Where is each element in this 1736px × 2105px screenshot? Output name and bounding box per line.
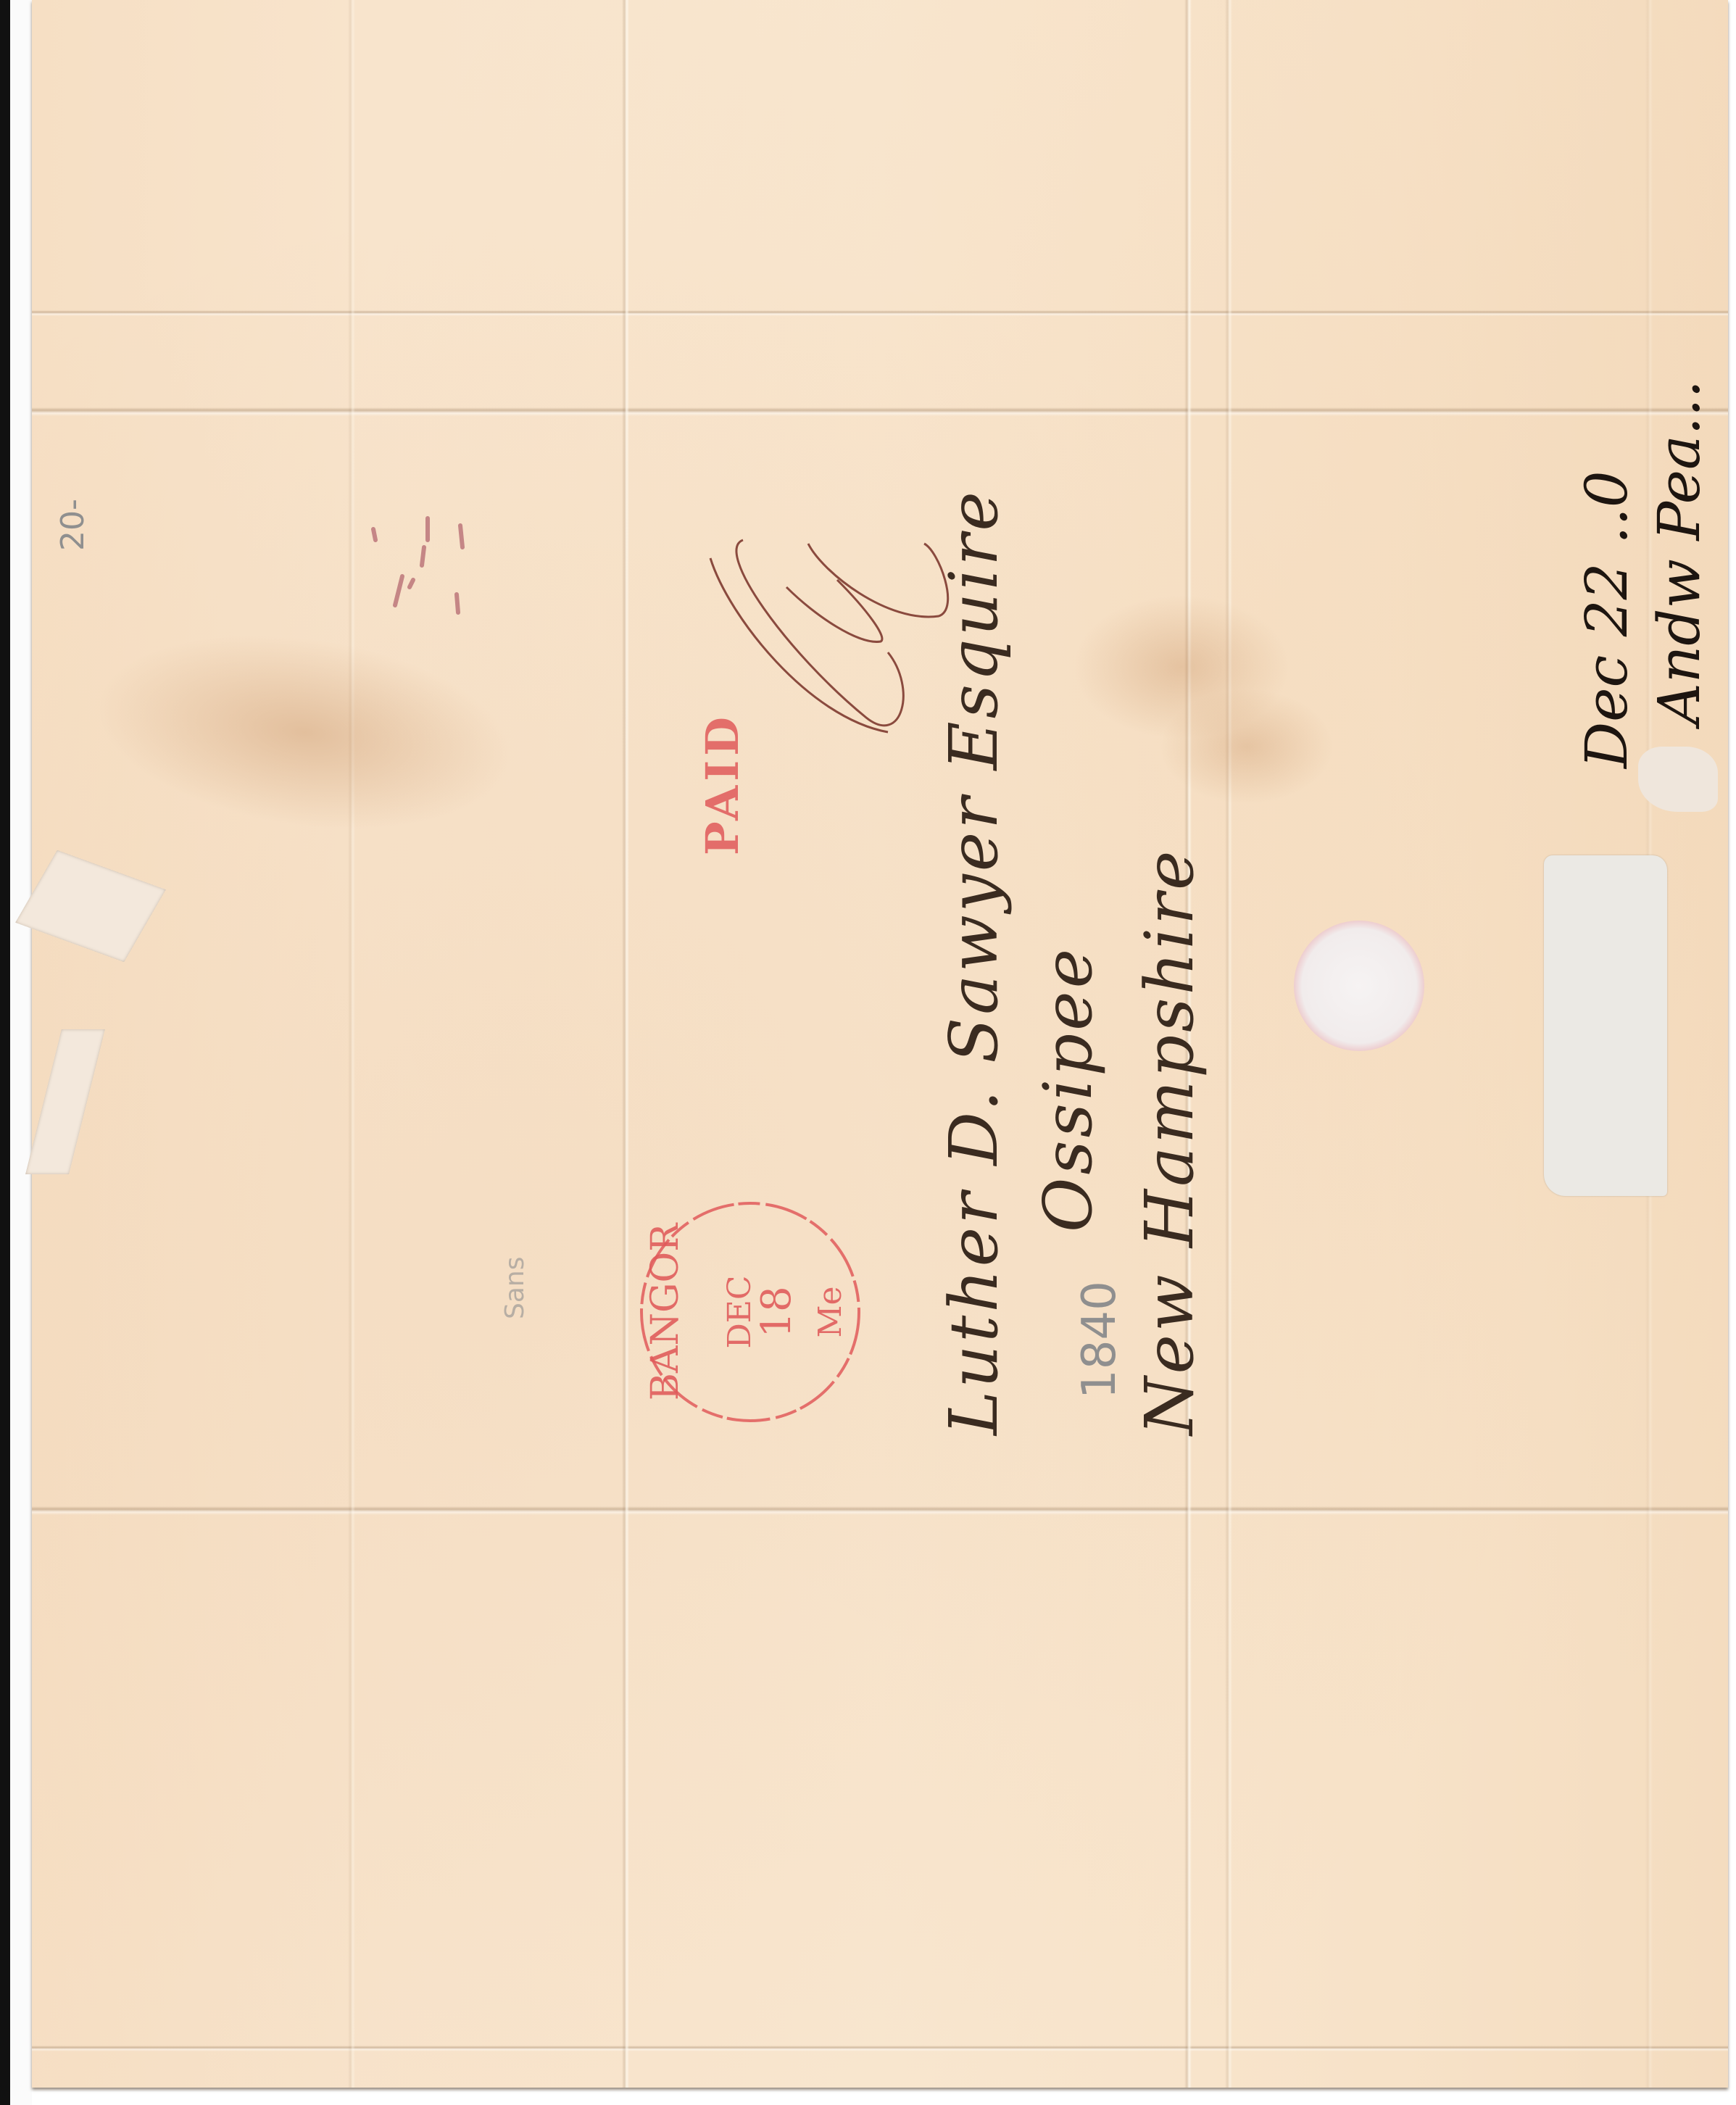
fold-line: [32, 310, 1728, 316]
red-ink-marks: [355, 507, 486, 623]
paid-marking: PAID: [696, 713, 749, 855]
fold-line: [622, 0, 629, 2088]
wax-seal: [1294, 921, 1424, 1051]
seal-paper-remnant: [1544, 855, 1667, 1196]
address-recipient: Luther D. Sawyer Esquire: [935, 489, 1013, 1435]
fold-line: [348, 0, 355, 2088]
pencil-note-margin: 20-: [54, 499, 91, 551]
pencil-note-year: 1840: [1073, 1281, 1126, 1399]
address-state: New Hampshire: [1131, 848, 1208, 1435]
scanner-edge: [0, 0, 10, 2105]
bangor-postmark: BANGOR DEC 18 Me: [631, 1189, 870, 1435]
paper-tear: [1638, 747, 1718, 812]
fold-line: [32, 407, 1728, 416]
postmark-state: Me: [812, 1286, 849, 1337]
fold-line: [32, 2046, 1728, 2051]
postmark-town: BANGOR: [644, 1222, 687, 1400]
docket-sender: Andw Pea...: [1645, 380, 1713, 725]
fold-line: [32, 1506, 1728, 1515]
postmark-day: 18: [753, 1286, 800, 1337]
pencil-note-faint: Sans: [500, 1257, 530, 1319]
docket-date: Dec 22 ..0: [1573, 470, 1640, 768]
fold-line: [1225, 0, 1232, 2088]
address-town: Ossipee: [1029, 946, 1107, 1232]
scanner-background: [10, 0, 32, 2105]
